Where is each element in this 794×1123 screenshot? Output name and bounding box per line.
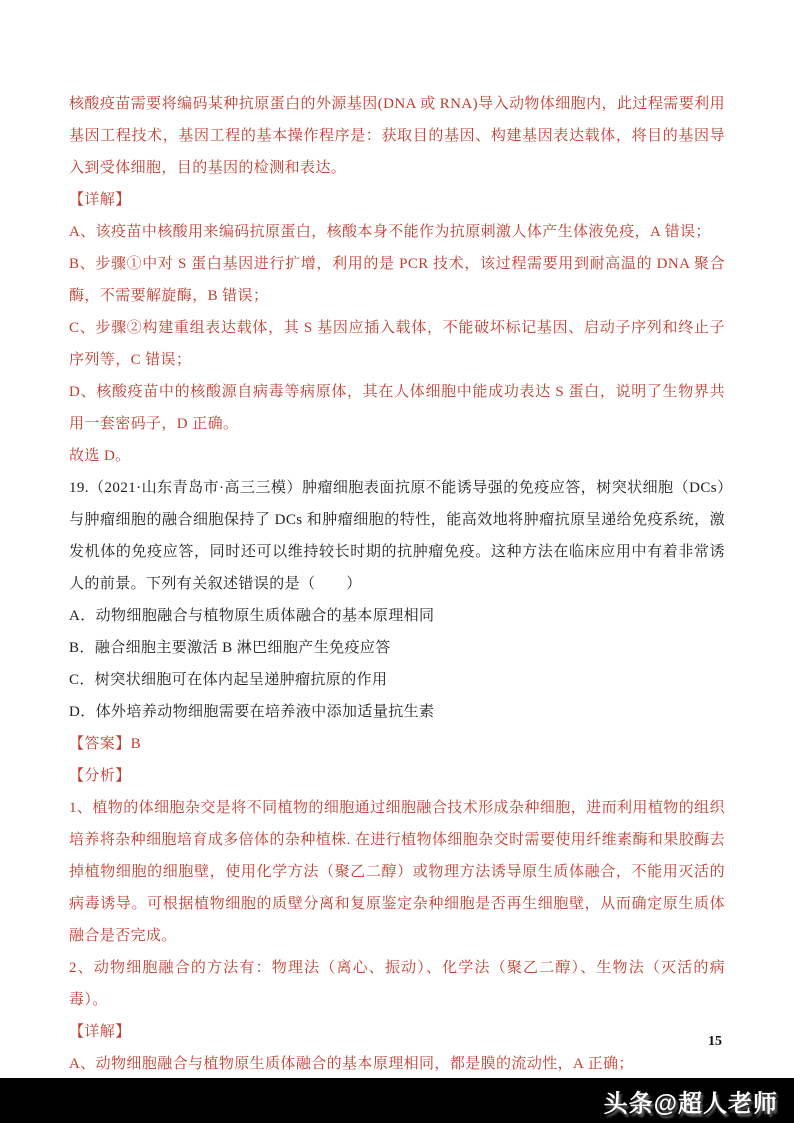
q19-option-b: B．融合细胞主要激活 B 淋巴细胞产生免疫应答 (69, 632, 725, 664)
q18-explanation-intro: 核酸疫苗需要将编码某种抗原蛋白的外源基因(DNA 或 RNA)导入动物体细胞内，… (69, 88, 725, 184)
q19-answer-line: 【答案】B (69, 728, 725, 760)
q19-analysis-point-2: 2、动物细胞融合的方法有：物理法（离心、振动）、化学法（聚乙二醇）、生物法（灭活… (69, 952, 725, 1016)
q19-analysis-label: 【分析】 (69, 760, 725, 792)
q18-conclusion: 故选 D。 (69, 440, 725, 472)
q19-detail-label: 【详解】 (69, 1016, 725, 1048)
page-content: 核酸疫苗需要将编码某种抗原蛋白的外源基因(DNA 或 RNA)导入动物体细胞内，… (69, 88, 725, 1080)
document-page: 核酸疫苗需要将编码某种抗原蛋白的外源基因(DNA 或 RNA)导入动物体细胞内，… (0, 0, 794, 1123)
q18-analysis-option-a: A、该疫苗中核酸用来编码抗原蛋白，核酸本身不能作为抗原刺激人体产生体液免疫，A … (69, 216, 725, 248)
q18-analysis-option-b: B、步骤①中对 S 蛋白基因进行扩增，利用的是 PCR 技术，该过程需要用到耐高… (69, 248, 725, 312)
q18-analysis-option-d: D、核酸疫苗中的核酸源自病毒等病原体，其在人体细胞中能成功表达 S 蛋白，说明了… (69, 376, 725, 440)
q19-option-d: D．体外培养动物细胞需要在培养液中添加适量抗生素 (69, 696, 725, 728)
q19-analysis-point-1: 1、植物的体细胞杂交是将不同植物的细胞通过细胞融合技术形成杂种细胞，进而利用植物… (69, 792, 725, 952)
q19-detail-option-a: A、动物细胞融合与植物原生质体融合的基本原理相同，都是膜的流动性，A 正确； (69, 1048, 725, 1080)
q18-detail-label: 【详解】 (69, 184, 725, 216)
q19-question-stem: 19.（2021·山东青岛市·高三三模）肿瘤细胞表面抗原不能诱导强的免疫应答，树… (69, 472, 725, 600)
q19-option-c: C．树突状细胞可在体内起呈递肿瘤抗原的作用 (69, 664, 725, 696)
footer-watermark-bar: 头条@超人老师 (0, 1078, 794, 1123)
q18-analysis-option-c: C、步骤②构建重组表达载体，其 S 基因应插入载体，不能破坏标记基因、启动子序列… (69, 312, 725, 376)
answer-value: B (131, 736, 141, 752)
watermark-text: 头条@超人老师 (604, 1083, 778, 1118)
q19-option-a: A．动物细胞融合与植物原生质体融合的基本原理相同 (69, 600, 725, 632)
page-number: 15 (708, 1034, 722, 1050)
answer-label: 【答案】 (69, 736, 131, 752)
